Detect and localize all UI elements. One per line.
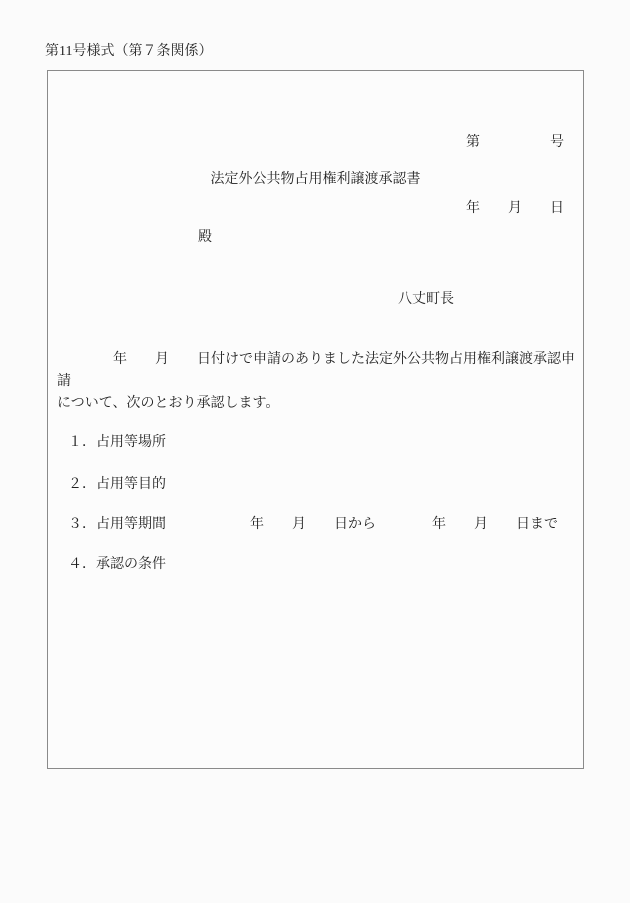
document-border-box: 第 号 年 月 日 法定外公共物占用権利譲渡承認書 殿 八丈町長 年 月 日付け… [47,70,584,769]
list-item-text: １．占用等場所 [68,435,166,450]
issuer-name: 八丈町長 [398,292,454,308]
form-number-label: 第11号様式（第７条関係） [45,44,212,60]
document-page: 第11号様式（第７条関係） 第 号 年 月 日 法定外公共物占用権利譲渡承認書 … [0,0,630,903]
list-item-period: 年 月 日から 年 月 日まで [166,517,558,532]
list-item-text: ２．占用等目的 [68,477,166,492]
list-item-text: ３．占用等期間 [68,517,166,532]
document-date-line: 年 月 日 [466,198,564,220]
document-number-line: 第 号 [466,132,564,154]
addressee-honorific: 殿 [198,230,212,246]
body-line-1: 年 月 日付けで申請のありました法定外公共物占用権利譲渡承認申請 [57,352,575,389]
list-item-occupation-period: ３．占用等期間 年 月 日から 年 月 日まで [68,517,575,533]
list-item-occupation-purpose: ２．占用等目的 [68,477,575,493]
list-item-approval-conditions: ４．承認の条件 [68,557,575,573]
list-item-occupation-place: １．占用等場所 [68,435,575,451]
body-line-2: について、次のとおり承認します。 [57,396,279,411]
list-item-text: ４．承認の条件 [68,557,166,572]
body-paragraph: 年 月 日付けで申請のありました法定外公共物占用権利譲渡承認申請について、次のと… [57,349,579,415]
document-title: 法定外公共物占用権利譲渡承認書 [48,172,583,188]
